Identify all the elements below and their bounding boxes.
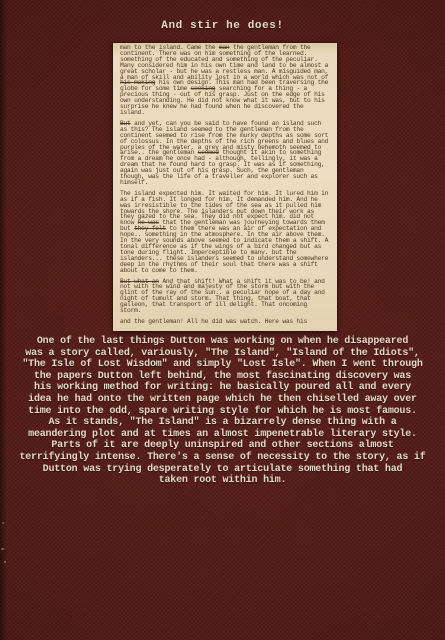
- caption-text: One of the last things Dutton was workin…: [8, 336, 437, 487]
- manuscript-paragraph: But what an And that shift! What a shift…: [120, 279, 331, 314]
- page-title: And stir he does!: [0, 20, 445, 32]
- texture-speck: [1, 548, 4, 550]
- texture-speck: [4, 561, 6, 563]
- manuscript-text: man to the island. Came the man the gent…: [113, 43, 337, 325]
- manuscript-photo: man to the island. Came the man the gent…: [113, 43, 337, 331]
- book-cover: And stir he does! man to the island. Cam…: [0, 0, 445, 640]
- manuscript-paragraph: man to the island. Came the man the gent…: [120, 45, 331, 116]
- texture-speck: [2, 522, 4, 524]
- manuscript-paragraph: But and yet, can you be said to have fou…: [120, 121, 331, 186]
- manuscript-paragraph: and the gentleman! All he did was watch.…: [120, 319, 331, 325]
- manuscript-paragraph: The island expected him. It waited for h…: [120, 191, 331, 274]
